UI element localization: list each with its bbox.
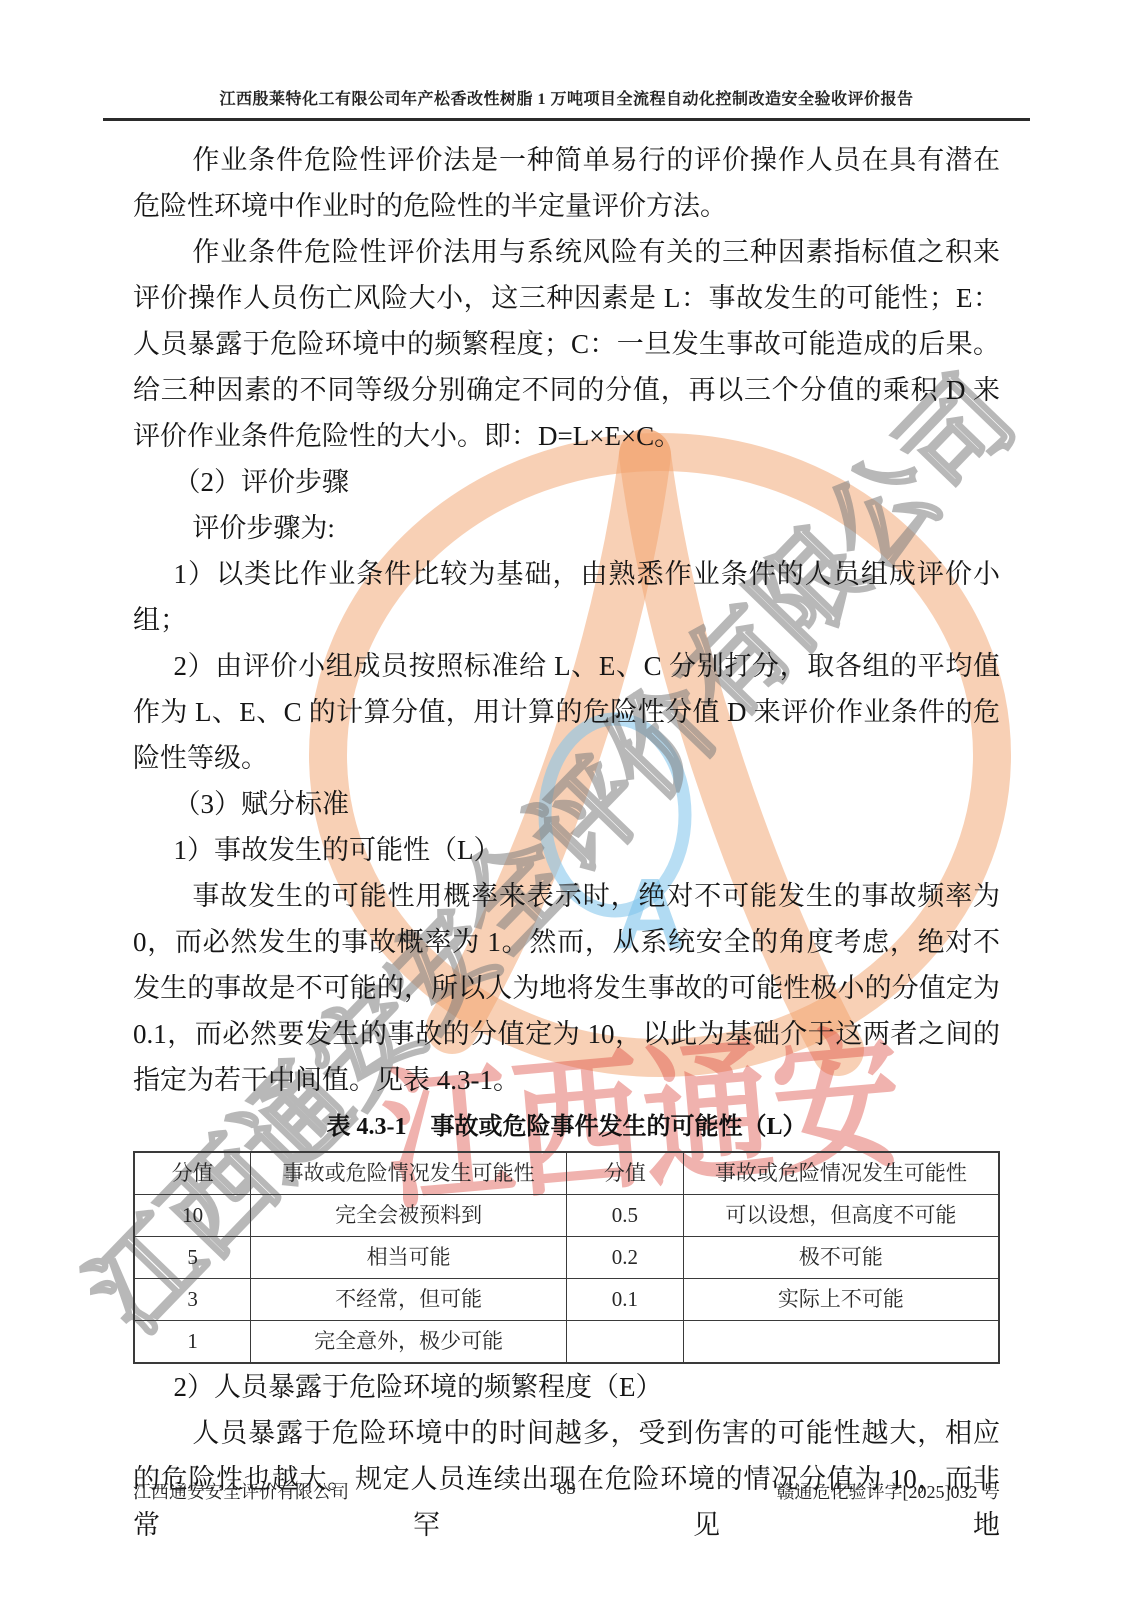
heading-scoring-criteria: （3）赋分标准 xyxy=(133,781,1000,827)
cell-score: 0.2 xyxy=(566,1237,683,1279)
cell-score: 0.5 xyxy=(566,1195,683,1237)
page-header: 江西殷莱特化工有限公司年产松香改性树脂 1 万吨项目全流程自动化控制改造安全验收… xyxy=(103,86,1030,121)
cell-score: 3 xyxy=(134,1279,251,1321)
paragraph-likelihood-detail: 事故发生的可能性用概率来表示时，绝对不可能发生的事故频率为 0，而必然发生的事故… xyxy=(133,873,1000,1103)
cell-score: 0.1 xyxy=(566,1279,683,1321)
cell-desc: 完全意外，极少可能 xyxy=(251,1321,567,1364)
cell-desc: 实际上不可能 xyxy=(683,1279,999,1321)
column-header-score-left: 分值 xyxy=(134,1152,251,1195)
cell-score: 5 xyxy=(134,1237,251,1279)
cell-score xyxy=(566,1321,683,1364)
column-header-desc-right: 事故或危险情况发生可能性 xyxy=(683,1152,999,1195)
cell-desc: 极不可能 xyxy=(683,1237,999,1279)
document-page: A 江西通安安全评价有限公司 江西通安 江西殷莱特化工有限公司年产松香改性树脂 … xyxy=(0,0,1131,1600)
table-title: 表 4.3-1 事故或危险事件发生的可能性（L） xyxy=(133,1105,1000,1149)
column-header-desc-left: 事故或危险情况发生可能性 xyxy=(251,1152,567,1195)
header-title: 江西殷莱特化工有限公司年产松香改性树脂 1 万吨项目全流程自动化控制改造安全验收… xyxy=(219,91,913,108)
paragraph-steps-lead: 评价步骤为: xyxy=(133,505,1000,551)
paragraph-method-factors: 作业条件危险性评价法用与系统风险有关的三种因素指标值之积来评价操作人员伤亡风险大… xyxy=(133,229,1000,459)
likelihood-table: 分值 事故或危险情况发生可能性 分值 事故或危险情况发生可能性 10 完全会被预… xyxy=(133,1151,1000,1364)
list-item-step-2: 2）由评价小组成员按照标准给 L、E、C 分别打分，取各组的平均值作为 L、E、… xyxy=(133,643,1000,781)
cell-score: 10 xyxy=(134,1195,251,1237)
page-footer: 63 江西通安安全评价有限公司 赣通危化验评字[2025]032 号 xyxy=(133,1478,1000,1504)
table-row: 3 不经常，但可能 0.1 实际上不可能 xyxy=(134,1279,999,1321)
table-row: 1 完全意外，极少可能 xyxy=(134,1321,999,1364)
table-header-row: 分值 事故或危险情况发生可能性 分值 事故或危险情况发生可能性 xyxy=(134,1152,999,1195)
footer-company: 江西通安安全评价有限公司 xyxy=(133,1478,349,1504)
heading-exposure-E: 2）人员暴露于危险环境的频繁程度（E） xyxy=(133,1364,1000,1410)
paragraph-method-intro: 作业条件危险性评价法是一种简单易行的评价操作人员在具有潜在危险性环境中作业时的危… xyxy=(133,137,1000,229)
cell-desc: 可以设想，但高度不可能 xyxy=(683,1195,999,1237)
heading-evaluation-steps: （2）评价步骤 xyxy=(133,459,1000,505)
table-row: 5 相当可能 0.2 极不可能 xyxy=(134,1237,999,1279)
cell-desc: 完全会被预料到 xyxy=(251,1195,567,1237)
cell-score: 1 xyxy=(134,1321,251,1364)
heading-likelihood-L: 1）事故发生的可能性（L） xyxy=(133,827,1000,873)
table-row: 10 完全会被预料到 0.5 可以设想，但高度不可能 xyxy=(134,1195,999,1237)
footer-doc-number: 赣通危化验评字[2025]032 号 xyxy=(777,1478,1001,1504)
cell-desc xyxy=(683,1321,999,1364)
cell-desc: 不经常，但可能 xyxy=(251,1279,567,1321)
list-item-step-1: 1）以类比作业条件比较为基础，由熟悉作业条件的人员组成评价小组； xyxy=(133,551,1000,643)
document-body: 作业条件危险性评价法是一种简单易行的评价操作人员在具有潜在危险性环境中作业时的危… xyxy=(133,137,1000,1548)
cell-desc: 相当可能 xyxy=(251,1237,567,1279)
column-header-score-right: 分值 xyxy=(566,1152,683,1195)
